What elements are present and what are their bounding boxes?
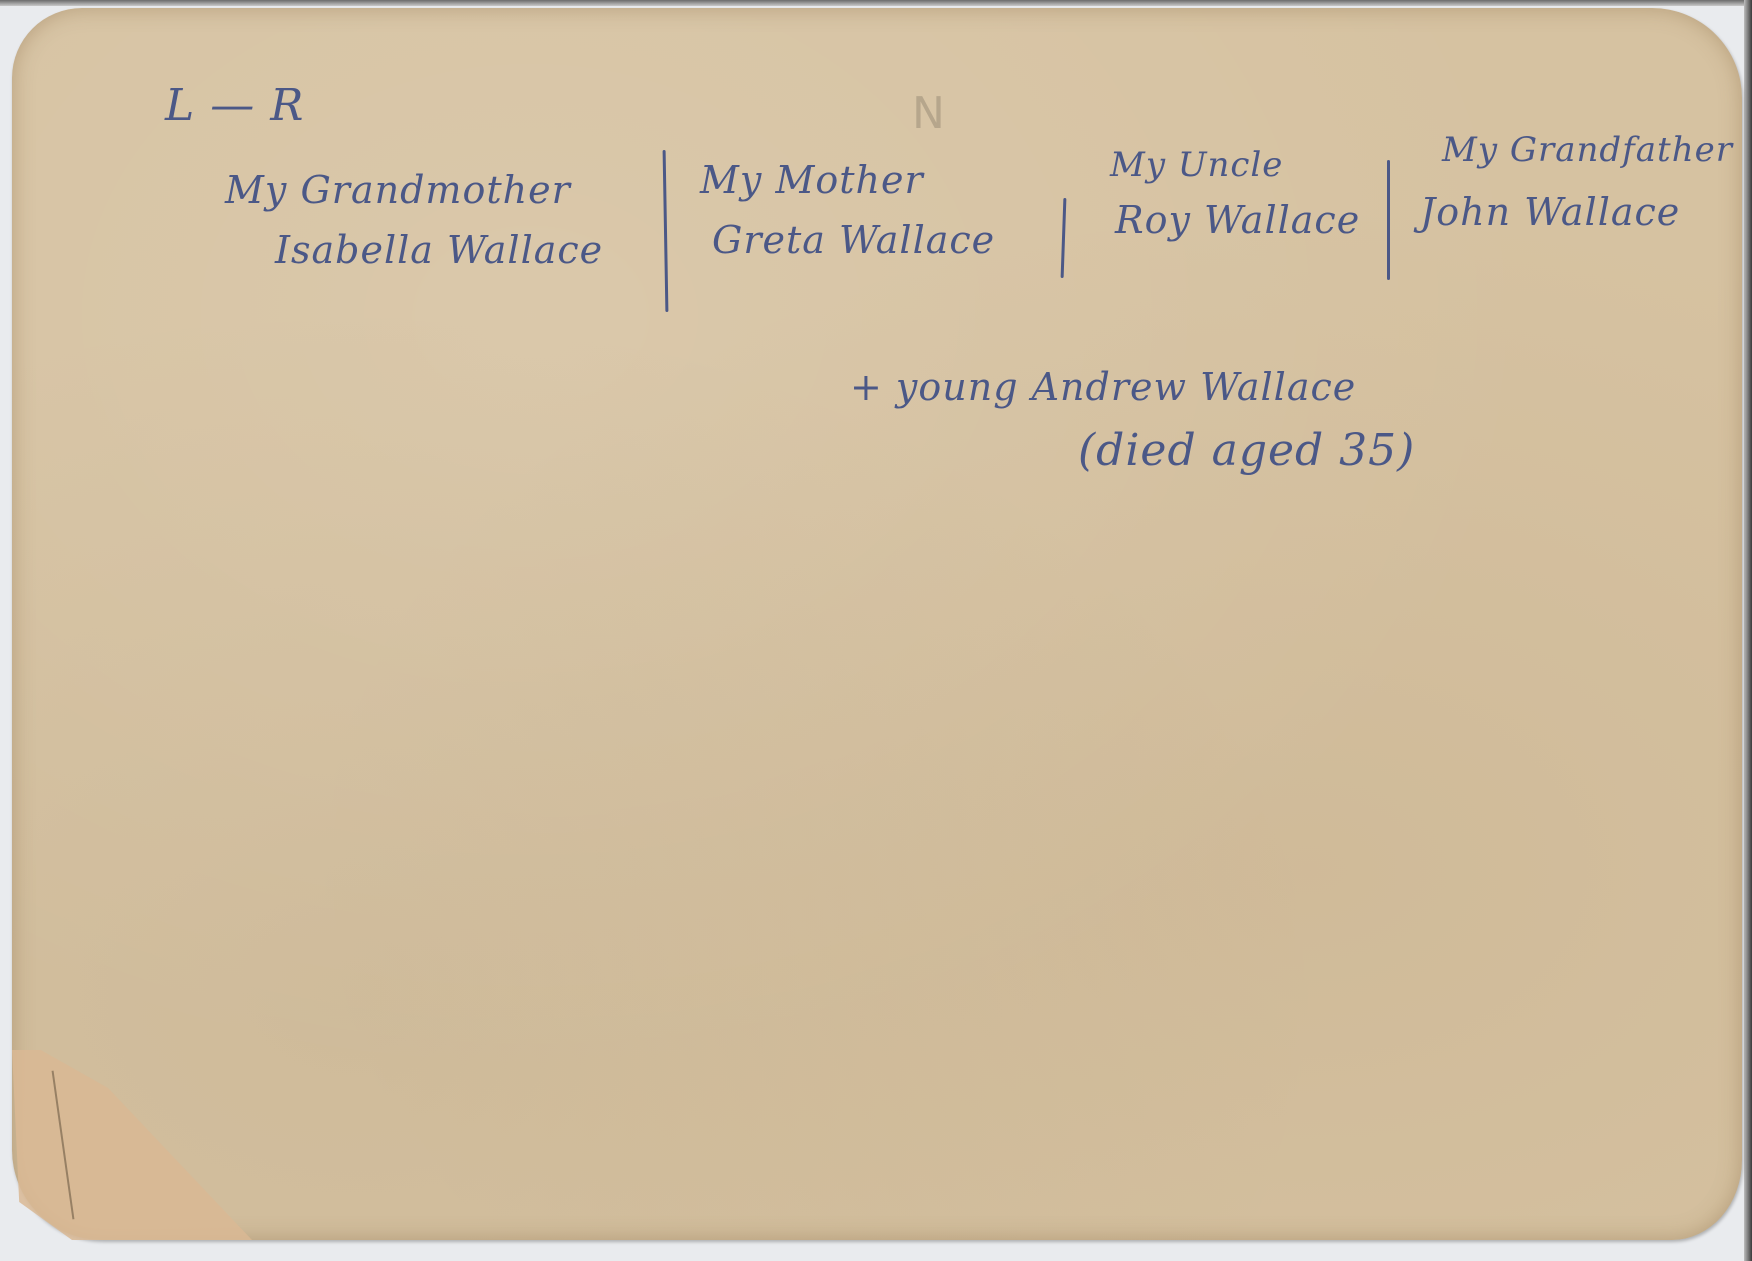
relation-grandmother: My Grandmother: [225, 168, 571, 212]
scanner-edge-right: [1744, 0, 1752, 1261]
name-greta-wallace: Greta Wallace: [712, 218, 995, 262]
relation-mother: My Mother: [700, 158, 924, 202]
column-divider-3: [1387, 160, 1390, 280]
name-isabella-wallace: Isabella Wallace: [275, 228, 603, 272]
name-john-wallace: John Wallace: [1420, 190, 1680, 234]
addendum-died-aged: (died aged 35): [1078, 425, 1415, 476]
addendum-andrew-wallace: + young Andrew Wallace: [850, 365, 1356, 409]
relation-uncle: My Uncle: [1110, 145, 1283, 185]
name-roy-wallace: Roy Wallace: [1115, 198, 1360, 242]
relation-grandfather: My Grandfather: [1442, 130, 1733, 170]
orientation-note: L — R: [165, 80, 304, 131]
scanner-edge-top: [0, 0, 1752, 6]
pencil-mark: N: [912, 88, 946, 139]
